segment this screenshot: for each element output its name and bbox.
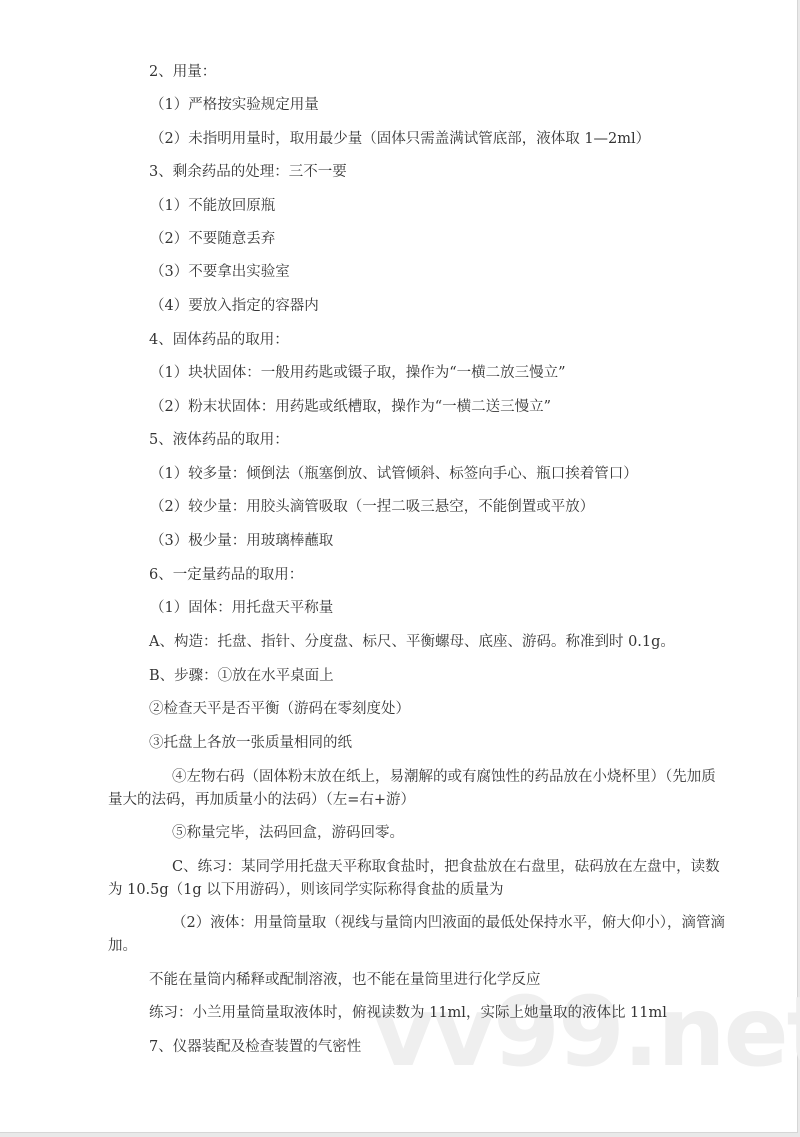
text-line: 2、用量： — [149, 61, 216, 83]
text-line: （3）不要拿出实验室 — [150, 261, 290, 283]
text-line: （1）块状固体：一般用药匙或镊子取，操作为“一横二放三慢立” — [150, 362, 566, 384]
text-line: （2）未指明用量时，取用最少量（固体只需盖满试管底部，液体取 1—2ml） — [150, 128, 650, 150]
text-line: （1）不能放回原瓶 — [150, 195, 275, 217]
paragraph-continuation-line: 量大的法码，再加质量小的法码）（左=右+游） — [108, 789, 415, 811]
text-line: 5、液体药品的取用： — [149, 429, 289, 451]
text-line: 3、剩余药品的处理：三不一要 — [149, 161, 347, 183]
paragraph-continuation-line: 为 10.5g（1g 以下用游码），则该同学实际称得食盐的质量为 — [108, 879, 504, 901]
text-line: ③托盘上各放一张质量相同的纸 — [149, 732, 352, 754]
paragraph-first-line: （2）液体：用量筒量取（视线与量筒内凹液面的最低处保持水平，俯大仰小），滴管滴 — [172, 912, 725, 934]
text-line: （2）较少量：用胶头滴管吸取（一捏二吸三悬空，不能倒置或平放） — [150, 496, 594, 518]
text-line: 7、仪器装配及检查装置的气密性 — [149, 1036, 361, 1058]
text-line: A、构造：托盘、指针、分度盘、标尺、平衡螺母、底座、游码。称准到时 0.1g。 — [149, 631, 675, 653]
watermark: vv99.net — [372, 984, 800, 1080]
text-line: （1）较多量：倾倒法（瓶塞倒放、试管倾斜、标签向手心、瓶口挨着管口） — [150, 463, 638, 485]
text-line: （2）不要随意丢弃 — [150, 228, 275, 250]
text-line: 6、一定量药品的取用： — [149, 564, 303, 586]
paragraph-first-line: ④左物右码（固体粉末放在纸上，易潮解的或有腐蚀性的药品放在小烧杯里）（先加质 — [172, 766, 716, 788]
text-line: （2）粉末状固体：用药匙或纸槽取，操作为“一横二送三慢立” — [150, 396, 551, 418]
text-line: ②检查天平是否平衡（游码在零刻度处） — [149, 698, 410, 720]
document-page: vv99.net 2、用量：（1）严格按实验规定用量（2）未指明用量时，取用最少… — [0, 0, 798, 1133]
text-line: B、步骤：①放在水平桌面上 — [149, 665, 334, 687]
paragraph-first-line: ⑤称量完毕，法码回盒，游码回零。 — [172, 822, 404, 844]
paragraph-first-line: C、练习：某同学用托盘天平称取食盐时，把食盐放在右盘里，砝码放在左盘中，读数 — [172, 856, 720, 878]
text-line: 不能在量筒内稀释或配制溶液，也不能在量筒里进行化学反应 — [149, 969, 541, 991]
text-line: （1）严格按实验规定用量 — [150, 94, 319, 116]
text-line: 练习：小兰用量筒量取液体时，俯视读数为 11ml，实际上她量取的液体比 11ml — [149, 1002, 667, 1024]
text-line: （4）要放入指定的容器内 — [150, 295, 319, 317]
text-line: （3）极少量：用玻璃棒蘸取 — [150, 530, 333, 552]
text-line: （1）固体：用托盘天平称量 — [150, 597, 333, 619]
text-line: 4、固体药品的取用： — [149, 329, 289, 351]
paragraph-continuation-line: 加。 — [108, 935, 137, 957]
